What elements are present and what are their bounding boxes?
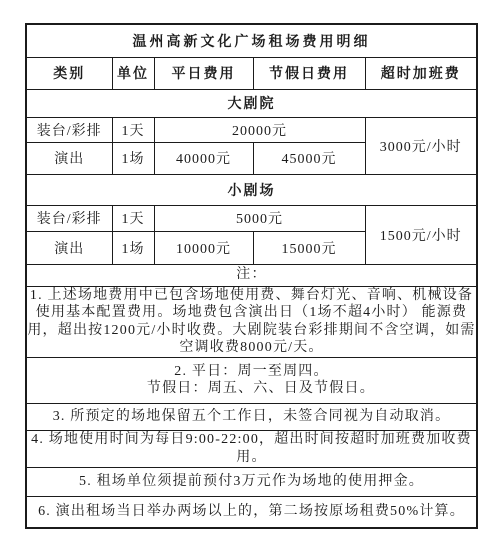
column-header-category: 类别 xyxy=(26,57,112,89)
note-row-5: 5. 租场单位须提前预付3万元作为场地的使用押金。 xyxy=(26,467,477,496)
small-setup-category-cell: 装台/彩排 xyxy=(26,205,112,231)
grand-performance-unit-cell: 1场 xyxy=(112,142,154,174)
notes-label: 注： xyxy=(26,264,477,286)
note-text-1: 1. 上述场地费用中已包含场地使用费、舞台灯光、音响、机械设备使用基本配置费用。… xyxy=(26,286,477,357)
note-text-4: 4. 场地使用时间为每日9:00-22:00，超出时间按超时加班费加收费用。 xyxy=(26,430,477,467)
column-header-holiday-fee: 节假日费用 xyxy=(253,57,365,89)
small-performance-holiday-fee-cell: 15000元 xyxy=(253,231,365,264)
note-row-3: 3. 所预定的场地保留五个工作日，未签合同视为自动取消。 xyxy=(26,403,477,430)
small-performance-weekday-fee-cell: 10000元 xyxy=(154,231,253,264)
table-title: 温州高新文化广场租场费用明细 xyxy=(26,24,477,57)
note-text-3: 3. 所预定的场地保留五个工作日，未签合同视为自动取消。 xyxy=(26,403,477,430)
note-row-4: 4. 场地使用时间为每日9:00-22:00，超出时间按超时加班费加收费用。 xyxy=(26,430,477,467)
column-header-overtime-fee: 超时加班费 xyxy=(365,57,477,89)
note-text-6: 6. 演出租场当日举办两场以上的，第二场按原场租费50%计算。 xyxy=(26,496,477,528)
note-text-2: 2. 平日：周一至周四。 节假日：周五、六、日及节假日。 xyxy=(26,357,477,403)
grand-setup-unit-cell: 1天 xyxy=(112,117,154,142)
note-row-1: 1. 上述场地费用中已包含场地使用费、舞台灯光、音响、机械设备使用基本配置费用。… xyxy=(26,286,477,357)
note-row-2: 2. 平日：周一至周四。 节假日：周五、六、日及节假日。 xyxy=(26,357,477,403)
notes-label-row: 注： xyxy=(26,264,477,286)
grand-performance-holiday-fee-cell: 45000元 xyxy=(253,142,365,174)
section-title-grand-theater: 大剧院 xyxy=(26,89,477,117)
fee-schedule-document: 温州高新文化广场租场费用明细 类别 单位 平日费用 节假日费用 超时加班费 大剧… xyxy=(0,0,500,556)
small-theater-setup-row: 装台/彩排 1天 5000元 1500元/小时 xyxy=(26,205,477,231)
small-performance-category-cell: 演出 xyxy=(26,231,112,264)
section-row-small-theater: 小剧场 xyxy=(26,174,477,205)
grand-setup-combined-fee-cell: 20000元 xyxy=(154,117,365,142)
header-row: 类别 单位 平日费用 节假日费用 超时加班费 xyxy=(26,57,477,89)
note-text-5: 5. 租场单位须提前预付3万元作为场地的使用押金。 xyxy=(26,467,477,496)
column-header-weekday-fee: 平日费用 xyxy=(154,57,253,89)
section-title-small-theater: 小剧场 xyxy=(26,174,477,205)
grand-overtime-fee-cell: 3000元/小时 xyxy=(365,117,477,174)
small-setup-combined-fee-cell: 5000元 xyxy=(154,205,365,231)
note-row-6: 6. 演出租场当日举办两场以上的，第二场按原场租费50%计算。 xyxy=(26,496,477,528)
small-overtime-fee-cell: 1500元/小时 xyxy=(365,205,477,264)
section-row-grand-theater: 大剧院 xyxy=(26,89,477,117)
small-performance-unit-cell: 1场 xyxy=(112,231,154,264)
column-header-unit: 单位 xyxy=(112,57,154,89)
grand-performance-category-cell: 演出 xyxy=(26,142,112,174)
grand-theater-setup-row: 装台/彩排 1天 20000元 3000元/小时 xyxy=(26,117,477,142)
grand-setup-category-cell: 装台/彩排 xyxy=(26,117,112,142)
title-row: 温州高新文化广场租场费用明细 xyxy=(26,24,477,57)
fee-table: 温州高新文化广场租场费用明细 类别 单位 平日费用 节假日费用 超时加班费 大剧… xyxy=(25,23,478,529)
small-setup-unit-cell: 1天 xyxy=(112,205,154,231)
grand-performance-weekday-fee-cell: 40000元 xyxy=(154,142,253,174)
